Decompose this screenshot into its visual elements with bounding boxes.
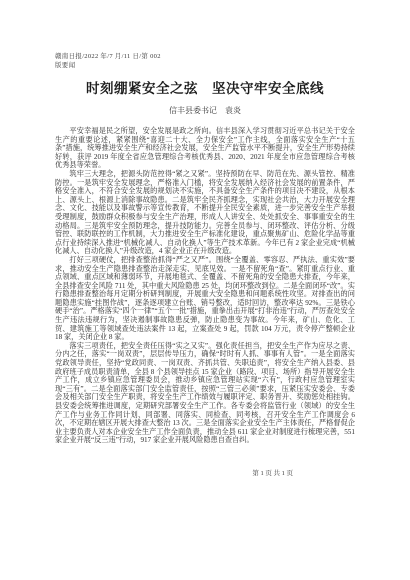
masthead: 赣南日报/2022 年/7 月/11 日/第 002 版要闻	[55, 52, 355, 70]
document-page: 赣南日报/2022 年/7 月/11 日/第 002 版要闻 时刻绷紧安全之弦 …	[0, 0, 410, 580]
article-paragraph: 筑牢三大理念，把源头防范控得“紧之又紧”。坚持预防在早、防范在先、源头管控、精准…	[55, 170, 355, 256]
article-paragraph: 落实三项责任，把安全责任压得“实之又实”。强化责任担当，把安全生产作为应尽之责、…	[55, 342, 355, 445]
article-paragraph: 打好三项硬仗，把排查整治抓得“严之又严”。围绕“全覆盖、零容忍、严执法、重实效”…	[55, 256, 355, 342]
article-byline: 信丰县委书记 袁炎	[55, 106, 355, 116]
article-title: 时刻绷紧安全之弦 坚决守牢安全底线	[55, 81, 355, 97]
masthead-source-date: 赣南日报/2022 年/7 月/11 日/第 002	[55, 52, 355, 61]
page-number-indicator: 第 1 页 共 1 页	[55, 469, 355, 478]
article-body: 平安幸福是民之所望，安全发展是政之所向。信丰县深入学习贯彻习近平总书记关于安全生…	[55, 127, 355, 445]
article-paragraph: 平安幸福是民之所望，安全发展是政之所向。信丰县深入学习贯彻习近平总书记关于安全生…	[55, 127, 355, 170]
masthead-section: 版要闻	[55, 61, 355, 70]
